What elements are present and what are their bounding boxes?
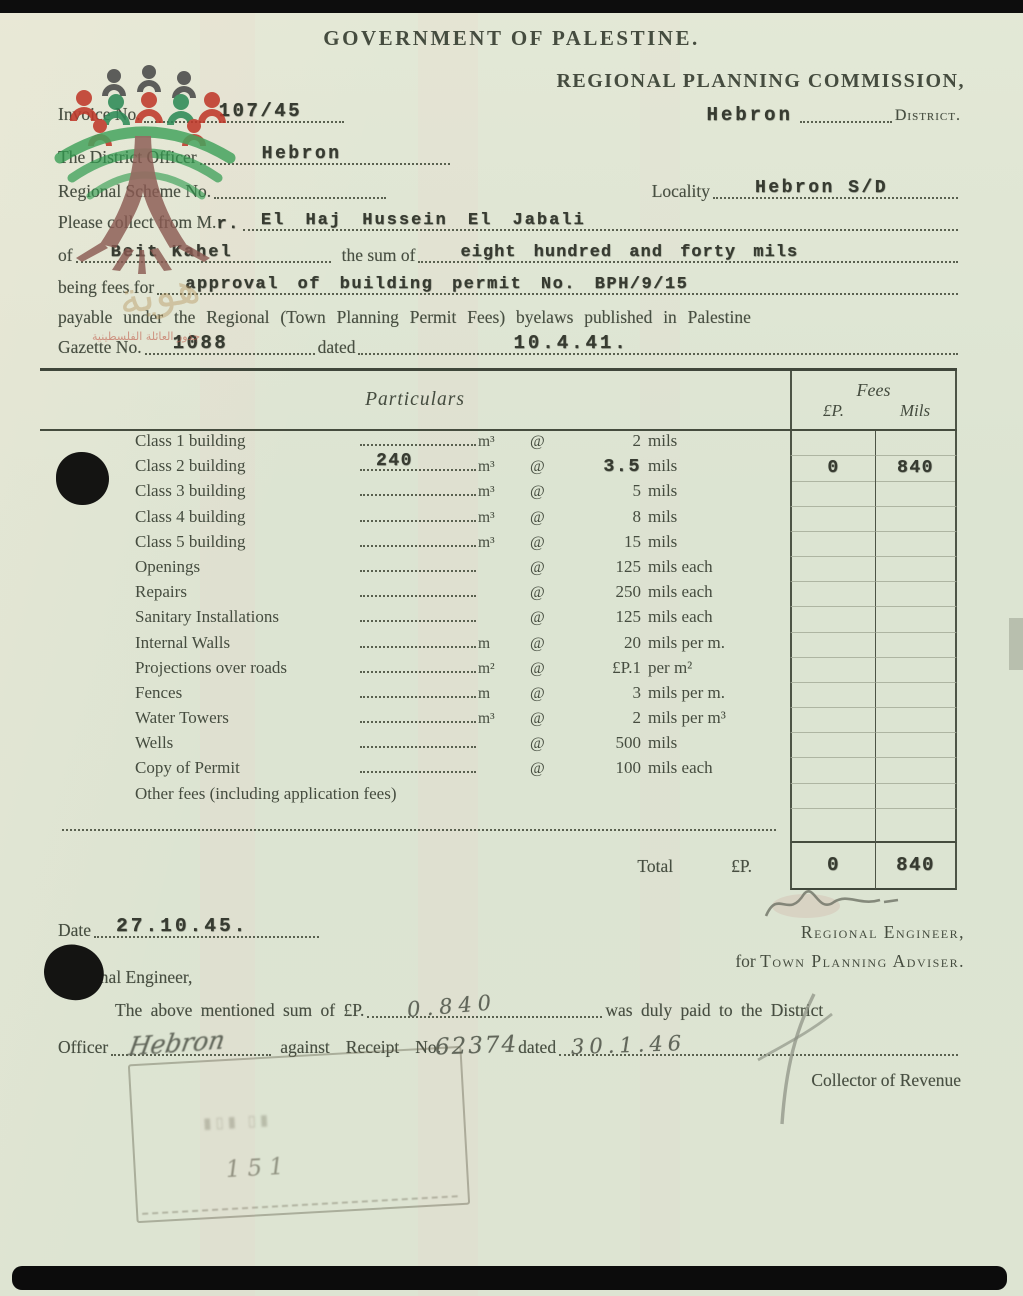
paid-amount: 0.840 bbox=[407, 990, 499, 1022]
at-symbol: @ bbox=[530, 433, 575, 451]
of-sum-line: of Beit Kahel the sum of eight hundred a… bbox=[58, 245, 961, 266]
row-leader: m³ bbox=[360, 534, 530, 552]
row-leader: m³ bbox=[360, 710, 530, 728]
at-symbol: @ bbox=[530, 735, 575, 753]
row-label: Water Towers bbox=[135, 708, 360, 728]
row-rate-number: 2 bbox=[633, 431, 642, 450]
table-row: Projections over roads m² @ £P.1per m² bbox=[40, 658, 957, 683]
table-row: Class 4 building m³ @ 8mils bbox=[40, 507, 957, 532]
officer-handwritten: Hebron bbox=[127, 1025, 228, 1061]
table-row: Internal Walls m @ 20mils per m. bbox=[40, 633, 957, 658]
row-quantity-dots bbox=[360, 711, 476, 723]
gazette-date-dots: 10.4.41. bbox=[358, 343, 958, 355]
row-unit: m³ bbox=[478, 710, 495, 727]
receipt-dated-word: dated bbox=[518, 1037, 556, 1058]
payer-town: Beit Kahel bbox=[111, 243, 233, 262]
fees-for-dots: approval of building permit No. BPH/9/15 bbox=[157, 283, 958, 295]
invoice-dots: 107/45 bbox=[144, 111, 344, 123]
row-rate-number: 125 bbox=[616, 607, 642, 626]
row-rate: £P.1per m² bbox=[575, 658, 790, 679]
fee-mils-cell bbox=[875, 532, 957, 557]
scheme-label: Regional Scheme No. bbox=[58, 181, 211, 202]
collect-dots: El Haj Hussein El Jabali bbox=[243, 219, 958, 231]
page-title: GOVERNMENT OF PALESTINE. bbox=[0, 26, 1023, 51]
row-quantity-dots: 240 bbox=[360, 459, 476, 471]
fee-mils-cell bbox=[875, 733, 957, 758]
at-symbol: @ bbox=[530, 509, 575, 527]
fee-pounds-cell: 0 bbox=[790, 456, 875, 482]
row-leader: m³ bbox=[360, 483, 530, 501]
row-rate-unit: mils bbox=[648, 733, 677, 752]
row-rate-unit: per m² bbox=[648, 658, 692, 677]
row-label: Class 4 building bbox=[135, 507, 360, 527]
total-currency: £P. bbox=[731, 856, 752, 877]
at-symbol: @ bbox=[530, 483, 575, 501]
district-dots bbox=[800, 111, 892, 123]
row-label: Fences bbox=[135, 683, 360, 703]
date-dots: 27.10.45. bbox=[94, 926, 319, 938]
fee-mils-cell bbox=[875, 431, 957, 456]
row-leader: 240 m³ bbox=[360, 458, 530, 476]
stamp-edge bbox=[142, 1195, 458, 1215]
pounds-column-header: £P. bbox=[792, 401, 875, 421]
row-rate-number: 20 bbox=[624, 633, 641, 652]
at-symbol: @ bbox=[530, 635, 575, 653]
table-row: Openings @ 125mils each bbox=[40, 557, 957, 582]
row-rate-number: 2 bbox=[633, 708, 642, 727]
sum-in-words: eight hundred and forty mils bbox=[460, 243, 798, 262]
collector-signature bbox=[748, 990, 868, 1130]
engineer-signature-block: Regional Engineer, for Town Planning Adv… bbox=[735, 918, 965, 976]
fee-pounds-cell bbox=[790, 431, 875, 456]
engineer-for-line: for Town Planning Adviser. bbox=[735, 947, 965, 976]
row-quantity-dots bbox=[360, 636, 476, 648]
row-quantity-dots bbox=[360, 736, 476, 748]
at-symbol: @ bbox=[530, 584, 575, 602]
row-rate-unit: mils per m. bbox=[648, 683, 725, 702]
row-quantity-dots bbox=[360, 434, 476, 446]
payable-line: payable under the Regional (Town Plannin… bbox=[58, 307, 961, 328]
row-rate: 20mils per m. bbox=[575, 633, 790, 654]
fee-pounds-cell bbox=[790, 708, 875, 733]
row-rate-number: 5 bbox=[633, 481, 642, 500]
row-rate-unit: mils per m. bbox=[648, 633, 725, 652]
row-rate-unit: mils each bbox=[648, 758, 713, 777]
fee-pounds-cell bbox=[790, 481, 875, 506]
table-row: Copy of Permit @ 100mils each bbox=[40, 758, 957, 783]
fee-mils-cell bbox=[875, 607, 957, 632]
row-quantity-typed: 240 bbox=[376, 451, 413, 471]
row-rate-unit: mils bbox=[648, 456, 677, 475]
payable-text: payable under the Regional (Town Plannin… bbox=[58, 307, 751, 328]
fee-pounds-cell bbox=[790, 683, 875, 708]
row-rate: 125mils each bbox=[575, 557, 790, 578]
at-symbol: @ bbox=[530, 685, 575, 703]
row-label: Copy of Permit bbox=[135, 758, 360, 778]
row-rate-number: £P.1 bbox=[612, 658, 641, 677]
row-rate-number: 100 bbox=[616, 758, 642, 777]
particulars-header: Particulars bbox=[40, 371, 790, 429]
hole-punch bbox=[56, 452, 109, 505]
fees-for-label: being fees for bbox=[58, 277, 154, 298]
row-rate: 250mils each bbox=[575, 582, 790, 603]
row-unit: m³ bbox=[478, 433, 495, 450]
row-rate-unit: mils each bbox=[648, 557, 713, 576]
fee-mils-cell bbox=[875, 557, 957, 582]
table-row: Class 1 building m³ @ 2mils bbox=[40, 431, 957, 456]
row-quantity-dots bbox=[360, 535, 476, 547]
table-row: Class 5 building m³ @ 15mils bbox=[40, 532, 957, 557]
row-label: Repairs bbox=[135, 582, 360, 602]
table-row: Fences m @ 3mils per m. bbox=[40, 683, 957, 708]
table-body: Class 1 building m³ @ 2mils Class 2 buil… bbox=[40, 431, 957, 809]
row-quantity-dots bbox=[360, 661, 476, 673]
fee-mils-cell: 840 bbox=[875, 456, 957, 482]
stamp-number: 151 bbox=[225, 1154, 291, 1184]
fee-pounds-cell bbox=[790, 607, 875, 632]
row-rate-number: 3 bbox=[633, 683, 642, 702]
row-leader bbox=[360, 735, 530, 753]
row-unit: m³ bbox=[478, 534, 495, 551]
row-rate: 125mils each bbox=[575, 607, 790, 628]
table-header: Particulars Fees £P. Mils bbox=[40, 368, 957, 431]
row-rate: 3mils per m. bbox=[575, 683, 790, 704]
row-leader: m³ bbox=[360, 433, 530, 451]
collect-line: Please collect from M. r. El Haj Hussein… bbox=[58, 212, 961, 234]
scanned-document: هوية جذور العائلة الفلسطينية GOVERNMENT … bbox=[0, 0, 1023, 1296]
row-rate: 15mils bbox=[575, 532, 790, 553]
row-leader: m³ bbox=[360, 509, 530, 527]
row-leader bbox=[360, 559, 530, 577]
invoice-number: 107/45 bbox=[219, 100, 302, 122]
row-rate-unit: mils each bbox=[648, 582, 713, 601]
locality-value: Hebron S/D bbox=[755, 178, 888, 198]
row-rate-number: 8 bbox=[633, 507, 642, 526]
row-rate-unit: mils each bbox=[648, 607, 713, 626]
row-label: Wells bbox=[135, 733, 360, 753]
receipt-stamp: ▮▯▮ ▯▮ 151 bbox=[128, 1046, 470, 1223]
fees-description: approval of building permit No. BPH/9/15 bbox=[185, 275, 688, 294]
other-fees-dotted-line bbox=[62, 829, 776, 831]
fee-pounds-cell bbox=[790, 633, 875, 658]
row-rate-number: 250 bbox=[616, 582, 642, 601]
row-rate: 3.5mils bbox=[575, 456, 790, 477]
district-officer-dots: Hebron bbox=[200, 153, 450, 165]
sum-dots: eight hundred and forty mils bbox=[418, 251, 958, 263]
date-line: Date 27.10.45. bbox=[58, 920, 322, 941]
row-leader: m bbox=[360, 685, 530, 703]
row-unit: m³ bbox=[478, 483, 495, 500]
fee-mils-value: 840 bbox=[897, 458, 934, 478]
row-rate-unit: mils bbox=[648, 532, 677, 551]
receipt-date: 30.1.46 bbox=[571, 1031, 687, 1059]
row-unit: m bbox=[478, 685, 490, 702]
row-rate-unit: mils bbox=[648, 481, 677, 500]
paid-pre-text: The above mentioned sum of £P. bbox=[115, 1000, 364, 1021]
locality-dots: Hebron S/D bbox=[713, 187, 958, 199]
fee-pounds-cell bbox=[790, 532, 875, 557]
fee-pounds-cell bbox=[790, 733, 875, 758]
at-symbol: @ bbox=[530, 609, 575, 627]
row-leader bbox=[360, 760, 530, 778]
at-symbol: @ bbox=[530, 760, 575, 778]
officer-dots: Hebron bbox=[111, 1044, 271, 1056]
stamp-smudge-text: ▮▯▮ ▯▮ bbox=[203, 1104, 384, 1134]
fee-mils-cell bbox=[875, 507, 957, 532]
fee-mils-cell bbox=[875, 683, 957, 708]
at-symbol: @ bbox=[530, 710, 575, 728]
row-label: Projections over roads bbox=[135, 658, 360, 678]
gazette-dots: 1088 bbox=[145, 343, 315, 355]
invoice-label: Invoice No. bbox=[58, 104, 141, 125]
at-symbol: @ bbox=[530, 458, 575, 476]
fee-pounds-value: 0 bbox=[827, 458, 839, 478]
row-label: Class 5 building bbox=[135, 532, 360, 552]
total-label: Total bbox=[637, 856, 673, 877]
fee-mils-cell bbox=[875, 809, 957, 843]
row-label: Sanitary Installations bbox=[135, 607, 360, 627]
table-row: Other fees (including application fees) … bbox=[40, 784, 957, 809]
fee-mils-cell bbox=[875, 708, 957, 733]
locality-label: Locality bbox=[652, 181, 710, 202]
fee-pounds-cell bbox=[790, 582, 875, 607]
fee-mils-cell bbox=[875, 633, 957, 658]
fee-mils-cell bbox=[875, 658, 957, 683]
row-label: Openings bbox=[135, 557, 360, 577]
row-quantity-dots bbox=[360, 686, 476, 698]
row-quantity-dots bbox=[360, 610, 476, 622]
row-rate-typed: 3.5 bbox=[603, 456, 641, 477]
fee-pounds-cell bbox=[790, 557, 875, 582]
district-officer-value: Hebron bbox=[262, 144, 342, 164]
commission-title: REGIONAL PLANNING COMMISSION, bbox=[420, 70, 965, 93]
row-rate: 500mils bbox=[575, 733, 790, 754]
date-label: Date bbox=[58, 920, 91, 941]
sum-label: the sum of bbox=[342, 245, 416, 266]
table-row: Wells @ 500mils bbox=[40, 733, 957, 758]
fees-header: Fees bbox=[792, 380, 955, 401]
row-label: Internal Walls bbox=[135, 633, 360, 653]
table-row: Sanitary Installations @ 125mils each bbox=[40, 607, 957, 632]
table-row: Class 3 building m³ @ 5mils bbox=[40, 481, 957, 506]
row-label: Class 3 building bbox=[135, 481, 360, 501]
row-quantity-dots bbox=[360, 761, 476, 773]
fee-mils-cell bbox=[875, 784, 957, 809]
at-symbol: @ bbox=[530, 559, 575, 577]
row-unit: m bbox=[478, 635, 490, 652]
date-value: 27.10.45. bbox=[116, 915, 248, 937]
total-mils-value: 840 bbox=[896, 853, 935, 878]
scan-edge-bottom bbox=[12, 1266, 1007, 1290]
fees-for-line: being fees for approval of building perm… bbox=[58, 277, 961, 298]
row-rate-number: 500 bbox=[616, 733, 642, 752]
scan-edge-mark bbox=[1009, 618, 1023, 670]
total-pounds-value: 0 bbox=[827, 853, 840, 878]
scheme-dots bbox=[214, 187, 386, 199]
at-symbol: @ bbox=[530, 660, 575, 678]
mils-column-header: Mils bbox=[875, 401, 955, 421]
at-symbol: @ bbox=[530, 534, 575, 552]
collect-label: Please collect from M. bbox=[58, 212, 216, 233]
row-rate: 2mils per m³ bbox=[575, 708, 790, 729]
fee-pounds-cell bbox=[790, 658, 875, 683]
of-label: of bbox=[58, 245, 73, 266]
gazette-line: Gazette No. 1088 dated 10.4.41. bbox=[58, 337, 961, 358]
table-row: Water Towers m³ @ 2mils per m³ bbox=[40, 708, 957, 733]
fee-pounds-cell bbox=[790, 758, 875, 783]
row-rate-unit: mils bbox=[648, 431, 677, 450]
row-rate-number: 125 bbox=[616, 557, 642, 576]
paid-amount-dots: 0.840 bbox=[367, 1006, 602, 1018]
row-label: Class 2 building bbox=[135, 456, 360, 476]
collect-typed-prefix: r. bbox=[216, 215, 239, 234]
row-leader: m bbox=[360, 635, 530, 653]
ink-blot bbox=[39, 939, 109, 1005]
row-rate: 2mils bbox=[575, 431, 790, 452]
district-officer-line: The District Officer Hebron bbox=[58, 147, 453, 168]
district-officer-label: The District Officer bbox=[58, 147, 197, 168]
row-leader bbox=[360, 609, 530, 627]
row-rate: 100mils each bbox=[575, 758, 790, 779]
of-dots: Beit Kahel bbox=[76, 251, 331, 263]
row-rate-unit: mils per m³ bbox=[648, 708, 726, 727]
row-quantity-dots bbox=[360, 585, 476, 597]
row-rate: 8mils bbox=[575, 507, 790, 528]
scan-edge-top bbox=[0, 0, 1023, 13]
row-unit: m³ bbox=[478, 509, 495, 526]
scheme-locality-line: Regional Scheme No. Locality Hebron S/D bbox=[58, 181, 961, 202]
row-leader: m² bbox=[360, 660, 530, 678]
for-word: for bbox=[735, 951, 755, 971]
fee-pounds-cell bbox=[790, 507, 875, 532]
district-label: District. bbox=[895, 107, 961, 125]
row-unit: m³ bbox=[478, 458, 495, 475]
row-label: Class 1 building bbox=[135, 431, 360, 451]
fee-mils-cell bbox=[875, 582, 957, 607]
table-row: Repairs @ 250mils each bbox=[40, 582, 957, 607]
fee-mils-cell bbox=[875, 481, 957, 506]
row-quantity-dots bbox=[360, 510, 476, 522]
row-unit: m² bbox=[478, 660, 495, 677]
gazette-number: 1088 bbox=[173, 332, 229, 354]
gazette-date: 10.4.41. bbox=[513, 332, 628, 354]
table-dotted-row bbox=[40, 809, 957, 843]
row-quantity-dots bbox=[360, 560, 476, 572]
row-rate-number: 15 bbox=[624, 532, 641, 551]
officer-word: Officer bbox=[58, 1037, 108, 1058]
fee-pounds-cell bbox=[790, 784, 875, 809]
engineer-signature bbox=[758, 880, 918, 926]
adviser-title: Town Planning Adviser. bbox=[760, 951, 965, 971]
fees-table: Particulars Fees £P. Mils Class 1 buildi… bbox=[40, 368, 957, 890]
gazette-dated-label: dated bbox=[318, 337, 356, 358]
row-label: Other fees (including application fees) bbox=[135, 784, 360, 804]
row-rate-unit: mils bbox=[648, 507, 677, 526]
invoice-district-line: Invoice No. 107/45 Hebron District. bbox=[58, 104, 961, 126]
row-leader bbox=[360, 584, 530, 602]
gazette-label: Gazette No. bbox=[58, 337, 142, 358]
fees-header-box: Fees £P. Mils bbox=[790, 371, 957, 429]
row-rate: 5mils bbox=[575, 481, 790, 502]
row-quantity-dots bbox=[360, 484, 476, 496]
payer-name: El Haj Hussein El Jabali bbox=[261, 211, 586, 230]
fee-mils-cell bbox=[875, 758, 957, 783]
fee-pounds-cell bbox=[790, 809, 875, 843]
district-value: Hebron bbox=[706, 104, 792, 126]
table-row: Class 2 building 240 m³ @ 3.5mils 0 840 bbox=[40, 456, 957, 481]
